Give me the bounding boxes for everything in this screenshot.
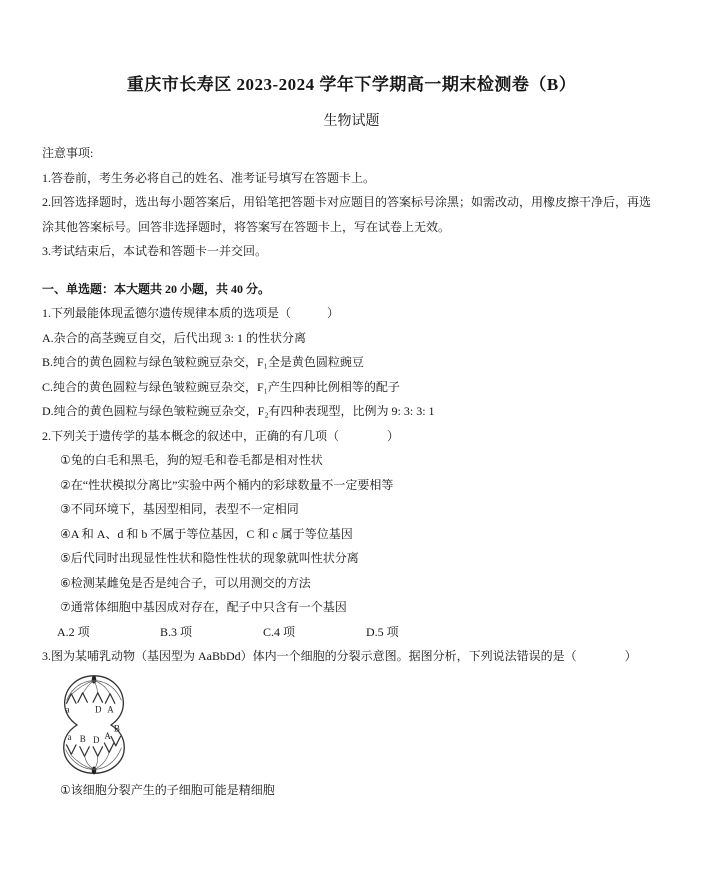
- chromosome-label: A: [107, 704, 114, 714]
- notice-item-2: 2.回答选择题时，选出每小题答案后，用铅笔把答题卡对应题目的答案标号涂黑；如需改…: [42, 190, 661, 239]
- chromosome-label: a: [66, 704, 70, 714]
- question-2: 2.下列关于遗传学的基本概念的叙述中，正确的有几项（ ） ①兔的白毛和黑毛，狗的…: [42, 424, 661, 645]
- chromosome-label: B: [114, 723, 120, 733]
- notice-section: 注意事项: 1.答卷前，考生务必将自己的姓名、准考证号填写在答题卡上。 2.回答…: [42, 141, 661, 264]
- question-1: 1.下列最能体现孟德尔遗传规律本质的选项是（ ） A.杂合的高茎豌豆自交，后代出…: [42, 301, 661, 424]
- question-3-stem: 3.图为某哺乳动物（基因型为 AaBbDd）体内一个细胞的分裂示意图。据图分析，…: [42, 644, 661, 669]
- chromosome-label: A: [104, 731, 111, 741]
- notice-item-1: 1.答卷前，考生务必将自己的姓名、准考证号填写在答题卡上。: [42, 166, 661, 191]
- question-2-option-c: C.4 项: [263, 620, 363, 645]
- question-1-option-c: C.纯合的黄色圆粒与绿色皱粒豌豆杂交，F₁产生四种比例相等的配子: [42, 375, 661, 400]
- question-2-subitem-2: ②在“性状模拟分离比”实验中两个桶内的彩球数量不一定要相等: [42, 473, 661, 498]
- cell-division-diagram: a D A a B D: [55, 672, 661, 778]
- question-2-option-b: B.3 项: [160, 620, 260, 645]
- question-1-option-d: D.纯合的黄色圆粒与绿色皱粒豌豆杂交，F₂有四种表现型，比例为 9: 3: 3:…: [42, 399, 661, 424]
- question-2-option-a: A.2 项: [57, 620, 157, 645]
- question-2-subitem-4: ④A 和 A、d 和 b 不属于等位基因，C 和 c 属于等位基因: [42, 522, 661, 547]
- page-subtitle: 生物试题: [42, 110, 661, 130]
- question-2-subitem-1: ①兔的白毛和黑毛，狗的短毛和卷毛都是相对性状: [42, 448, 661, 473]
- question-2-subitem-3: ③不同环境下，基因型相同，表型不一定相同: [42, 497, 661, 522]
- question-1-option-a: A.杂合的高茎豌豆自交，后代出现 3: 1 的性状分离: [42, 326, 661, 351]
- question-2-subitem-7: ⑦通常体细胞中基因成对存在，配子中只含有一个基因: [42, 595, 661, 620]
- question-2-subitem-6: ⑥检测某雌兔是否是纯合子，可以用测交的方法: [42, 571, 661, 596]
- chromosome-label: D: [95, 704, 102, 714]
- chromosome-label: B: [80, 734, 86, 744]
- top-spindle-pole: [92, 675, 97, 683]
- section-heading: 一、单选题：本大题共 20 小题，共 40 分。: [42, 277, 661, 302]
- question-3-subitem-1: ①该细胞分裂产生的子细胞可能是精细胞: [42, 778, 661, 803]
- question-2-options-row: A.2 项 B.3 项 C.4 项 D.5 项: [42, 620, 661, 645]
- chromosome-label: D: [93, 734, 100, 744]
- exam-paper-page: 重庆市长寿区 2023-2024 学年下学期高一期末检测卷（B） 生物试题 注意…: [0, 0, 701, 877]
- question-2-option-d: D.5 项: [366, 620, 466, 645]
- question-2-stem: 2.下列关于遗传学的基本概念的叙述中，正确的有几项（ ）: [42, 424, 661, 449]
- question-1-stem: 1.下列最能体现孟德尔遗传规律本质的选项是（ ）: [42, 301, 661, 326]
- page-title: 重庆市长寿区 2023-2024 学年下学期高一期末检测卷（B）: [42, 70, 661, 95]
- notice-item-3: 3.考试结束后，本试卷和答题卡一并交回。: [42, 239, 661, 264]
- question-2-subitem-5: ⑤后代同时出现显性性状和隐性性状的现象就叫性状分离: [42, 546, 661, 571]
- question-1-option-b: B.纯合的黄色圆粒与绿色皱粒豌豆杂交，F₁全是黄色圆粒豌豆: [42, 350, 661, 375]
- chromosome-label: a: [68, 732, 72, 742]
- notice-heading: 注意事项:: [42, 141, 661, 166]
- question-3: 3.图为某哺乳动物（基因型为 AaBbDd）体内一个细胞的分裂示意图。据图分析，…: [42, 644, 661, 802]
- dividing-cell-figure: a D A a B D: [55, 672, 133, 778]
